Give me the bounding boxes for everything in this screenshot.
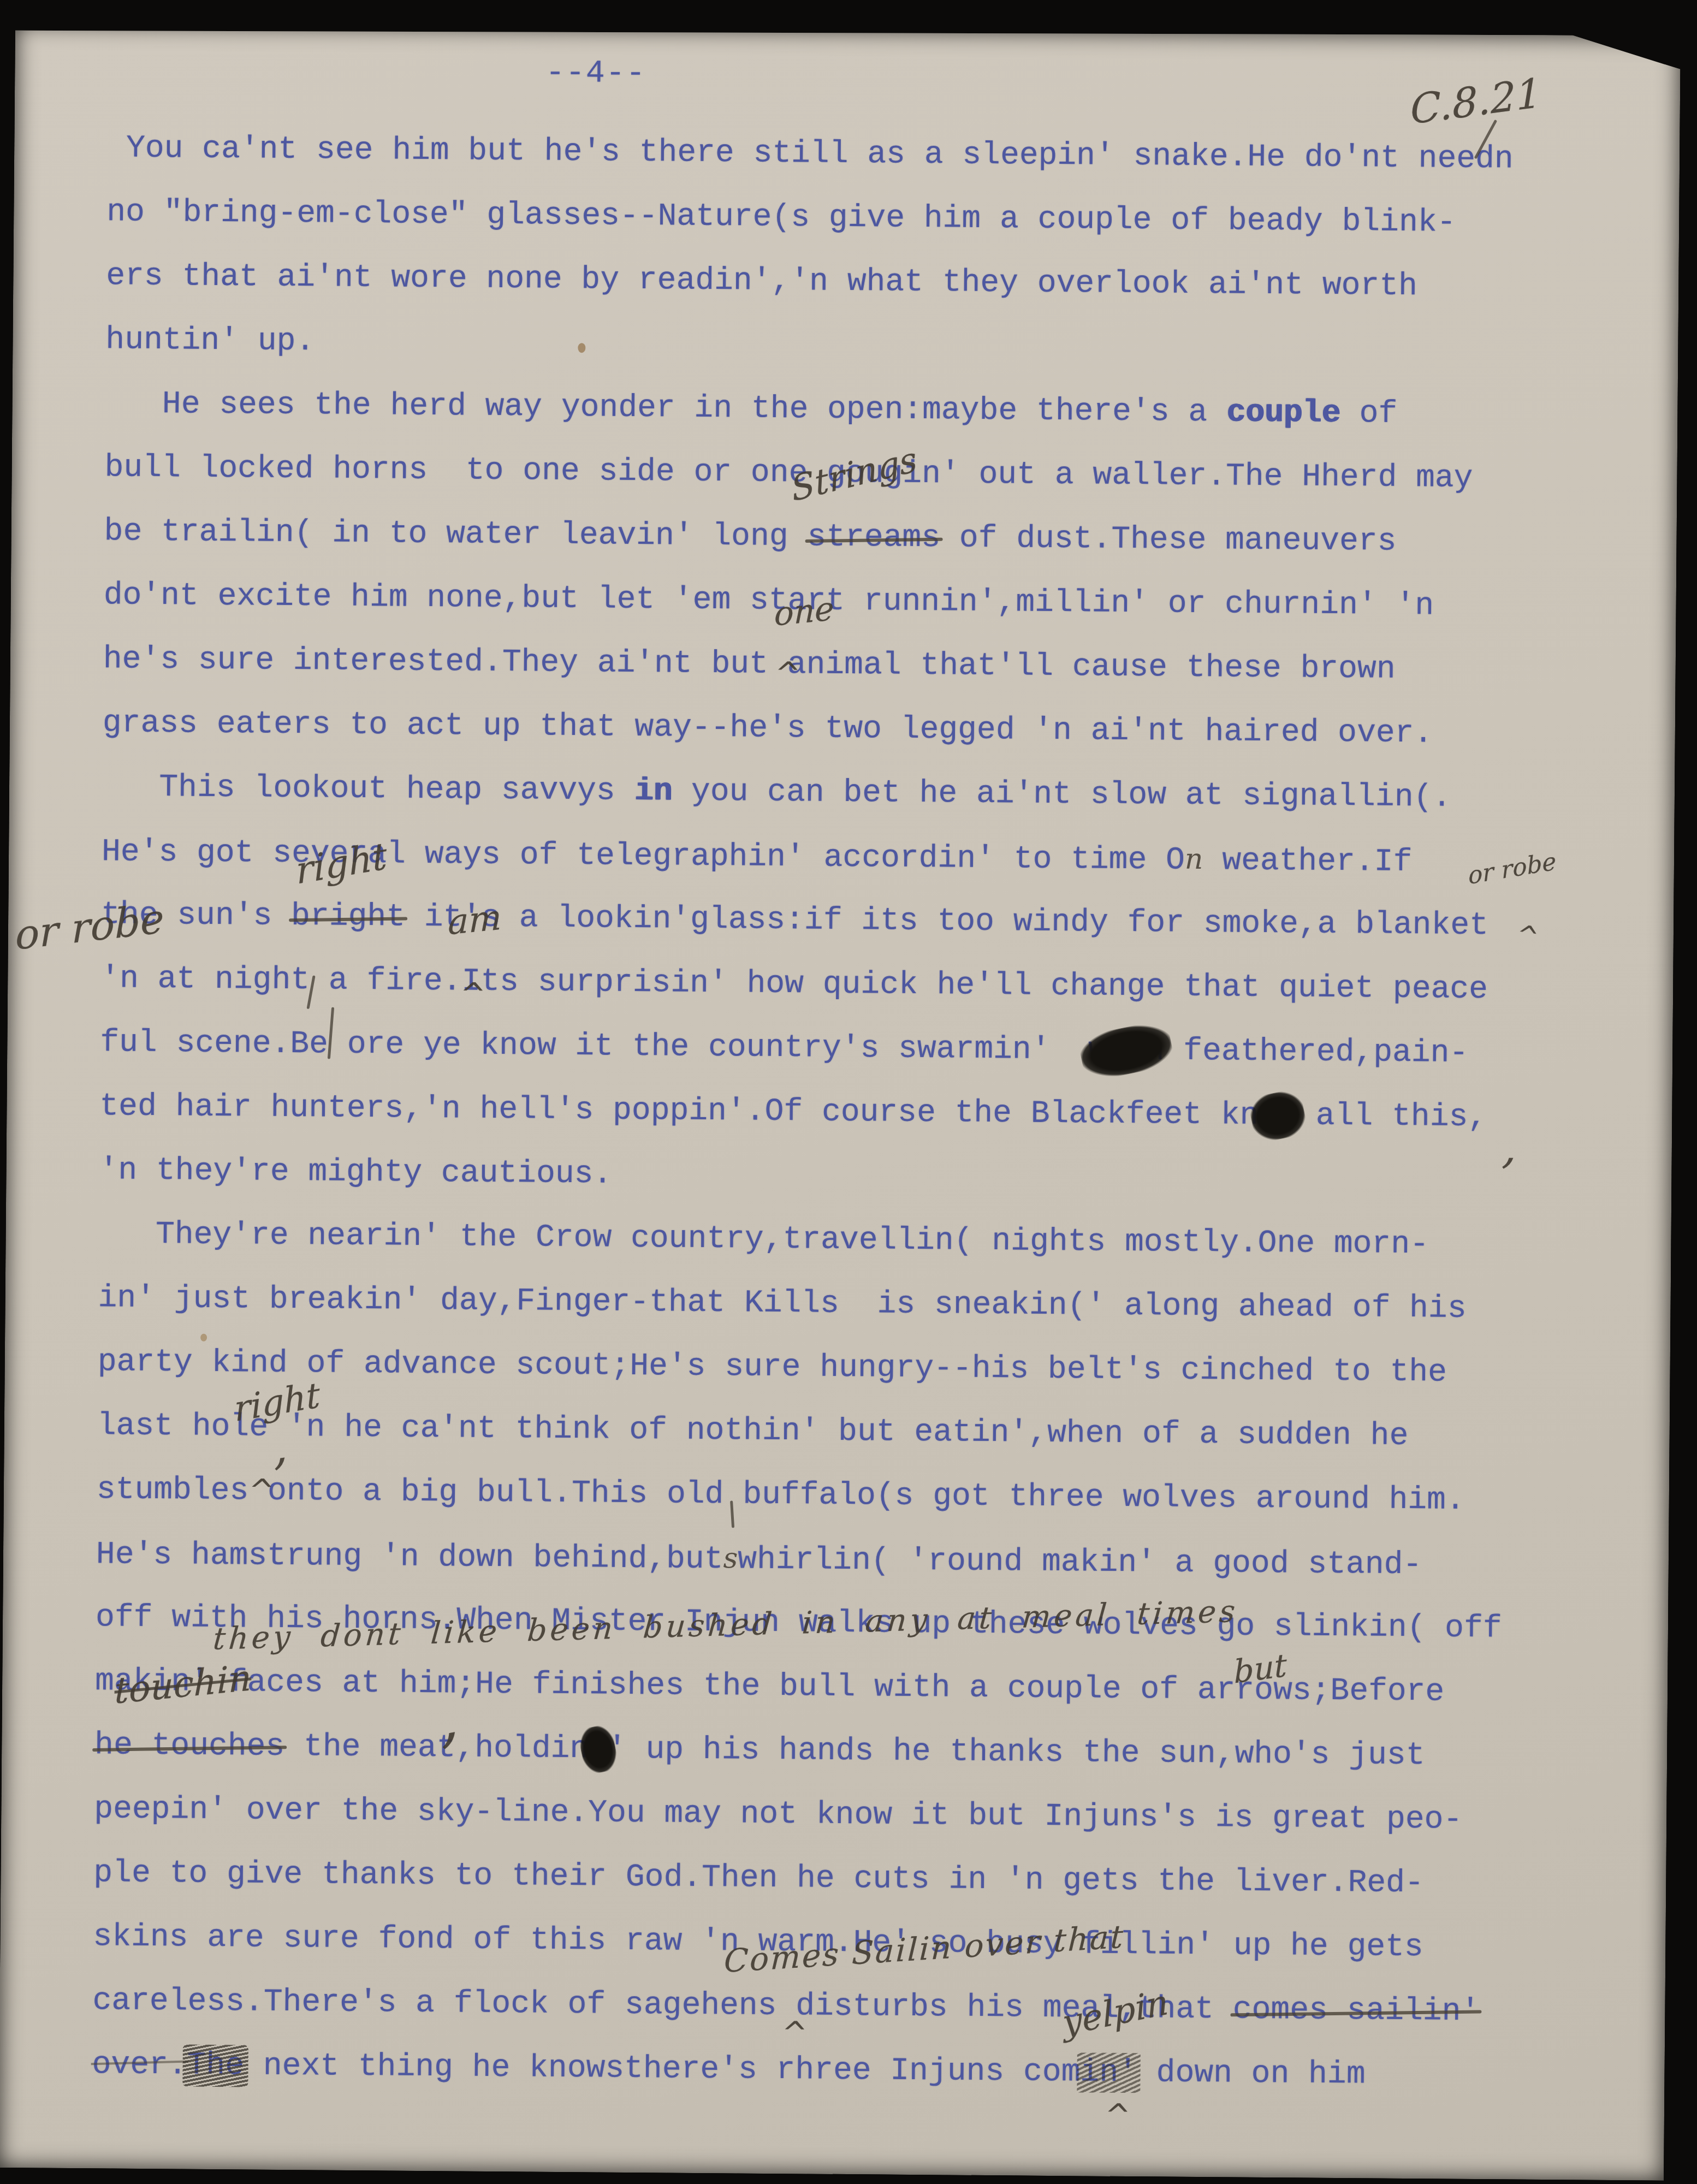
pencil-annotation: one <box>774 590 834 634</box>
manuscript-page: --4-- You ca'nt see him but he's there s… <box>0 23 1681 2181</box>
pencil-annotation: ^ <box>458 976 487 1012</box>
typed-line: makin' faces at him;He finishes the bull… <box>95 1649 1635 1725</box>
typed-line: huntin' up. <box>105 308 1646 384</box>
typed-line: stumbles onto a big bull.This old buffal… <box>96 1458 1636 1534</box>
typed-line: he's sure interested.They ai'nt but anim… <box>103 627 1643 703</box>
typed-line: do'nt excite him none,but let 'em start … <box>103 563 1643 639</box>
pencil-annotation: ^ <box>1102 2098 1132 2133</box>
typed-line: This lookout heap savvys in you can bet … <box>102 755 1642 831</box>
pencil-annotation: ^ <box>246 1473 276 1508</box>
pencil-annotations: C.8.21Stringsone^rightor robe^or robeam^… <box>15 23 1681 36</box>
typed-line: be trailin( in to water leavin' long str… <box>104 500 1644 575</box>
paper-fleck <box>200 1334 207 1342</box>
typed-line: peepin' over the sky-line.You may not kn… <box>94 1777 1634 1853</box>
document-stage: --4-- You ca'nt see him but he's there s… <box>0 0 1697 2184</box>
typed-line: no "bring-em-close" glasses--Nature(s gi… <box>106 180 1647 256</box>
typed-line: ple to give thanks to their God.Then he … <box>93 1841 1634 1917</box>
pencil-annotation: but <box>1233 1646 1287 1690</box>
typed-text: You ca'nt see him but he's there still a… <box>92 116 1647 2109</box>
paper-fleck <box>578 343 585 353</box>
typed-line: party kind of advance scout;He's sure hu… <box>97 1330 1637 1406</box>
pencil-annotation: C.8.21 <box>1410 69 1542 134</box>
typed-line: They're nearin' the Crow country,travell… <box>98 1202 1639 1278</box>
typed-line: ers that ai'nt wore none by readin','n w… <box>106 244 1646 320</box>
typed-line: He sees the herd way yonder in the open:… <box>105 372 1645 448</box>
page-number: --4-- <box>545 56 646 92</box>
pencil-annotation: , <box>271 1419 289 1475</box>
typed-line: last hole 'n he ca'nt think of nothin' b… <box>97 1394 1637 1470</box>
typed-line: over.The next thing he knowsthere's rhre… <box>92 2033 1632 2109</box>
typed-line: grass eaters to act up that way--he's tw… <box>102 691 1642 767</box>
typed-line: the sun's bright it's a lookin'glass:if … <box>101 883 1641 959</box>
typed-line: in' just breakin' day,Finger-that Kills … <box>98 1266 1638 1342</box>
pencil-annotation: ^ <box>779 2015 809 2051</box>
typed-line: He's hamstrung 'n down behind,butswhirli… <box>96 1522 1636 1598</box>
typed-line: he touches the meat,holding' up his hand… <box>94 1713 1635 1789</box>
typed-line: 'n they're mighty cautious. <box>99 1138 1639 1214</box>
pencil-annotation: ^ <box>773 656 802 691</box>
typed-line: careless.There's a flock of sagehens dis… <box>92 1969 1633 2045</box>
pencil-annotation: am <box>448 898 502 943</box>
typed-line: ted hair hunters,'n hell's poppin'.Of co… <box>99 1075 1640 1150</box>
